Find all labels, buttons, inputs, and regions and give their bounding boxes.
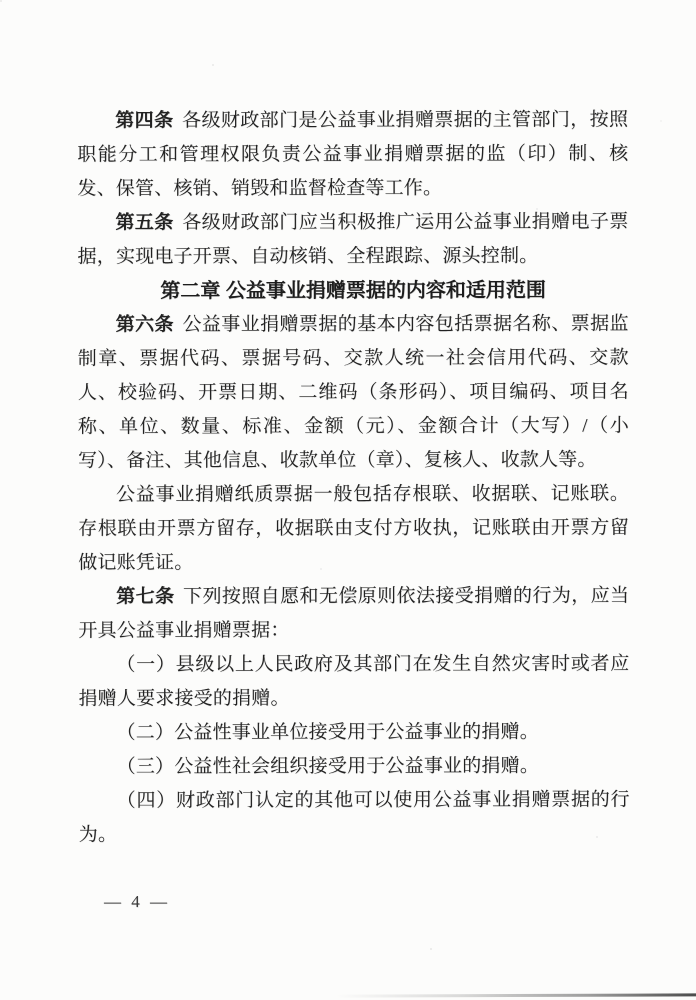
article-7-item-3-text: （三）公益性社会组织接受用于公益事业的捐赠。	[117, 756, 539, 778]
scan-noise-specks	[0, 0, 2, 2]
article-6-paragraph: 第六条公益事业捐赠票据的基本内容包括票据名称、票据监制章、票据代码、票据号码、交…	[78, 307, 629, 478]
article-7-item-2-text: （二）公益性事业单位接受用于公益事业的捐赠。	[117, 722, 539, 744]
scanner-edge-artifact	[336, 993, 696, 997]
article-5-term: 第五条	[115, 212, 173, 233]
article-7-item-2: （二）公益性事业单位接受用于公益事业的捐赠。	[78, 715, 629, 750]
article-6-text: 公益事业捐赠票据的基本内容包括票据名称、票据监制章、票据代码、票据号码、交款人统…	[78, 313, 629, 471]
paper-receipt-copies-text: 公益事业捐赠纸质票据一般包括存根联、收据联、记账联。存根联由开票方留存，收据联由…	[78, 483, 629, 573]
article-4-term: 第四条	[115, 110, 173, 131]
article-4-paragraph: 第四条各级财政部门是公益事业捐赠票据的主管部门，按照职能分工和管理权限负责公益事…	[77, 103, 628, 206]
article-7-term: 第七条	[116, 586, 174, 607]
chapter-2-heading: 第二章 公益事业捐赠票据的内容和适用范围	[78, 273, 629, 308]
article-7-item-3: （三）公益性社会组织接受用于公益事业的捐赠。	[79, 749, 630, 784]
article-6-term: 第六条	[116, 314, 174, 335]
document-text-block: 第四条各级财政部门是公益事业捐赠票据的主管部门，按照职能分工和管理权限负责公益事…	[77, 103, 630, 852]
article-7-item-4: （四）财政部门认定的其他可以使用公益事业捐赠票据的行为。	[79, 783, 630, 852]
article-7-item-1: （一）县级以上人民政府及其部门在发生自然灾害时或者应捐赠人要求接受的捐赠。	[78, 647, 629, 716]
scanned-document-page: 第四条各级财政部门是公益事业捐赠票据的主管部门，按照职能分工和管理权限负责公益事…	[0, 0, 696, 1000]
article-7-paragraph: 第七条下列按照自愿和无偿原则依法接受捐赠的行为，应当开具公益事业捐赠票据：	[78, 579, 629, 648]
paper-receipt-copies-paragraph: 公益事业捐赠纸质票据一般包括存根联、收据联、记账联。存根联由开票方留存，收据联由…	[78, 477, 629, 580]
article-7-item-4-text: （四）财政部门认定的其他可以使用公益事业捐赠票据的行为。	[79, 789, 630, 845]
article-5-paragraph: 第五条各级财政部门应当积极推广运用公益事业捐赠电子票据，实现电子开票、自动核销、…	[77, 205, 628, 274]
page-number: — 4 —	[104, 892, 170, 912]
article-7-item-1-text: （一）县级以上人民政府及其部门在发生自然灾害时或者应捐赠人要求接受的捐赠。	[78, 653, 629, 709]
